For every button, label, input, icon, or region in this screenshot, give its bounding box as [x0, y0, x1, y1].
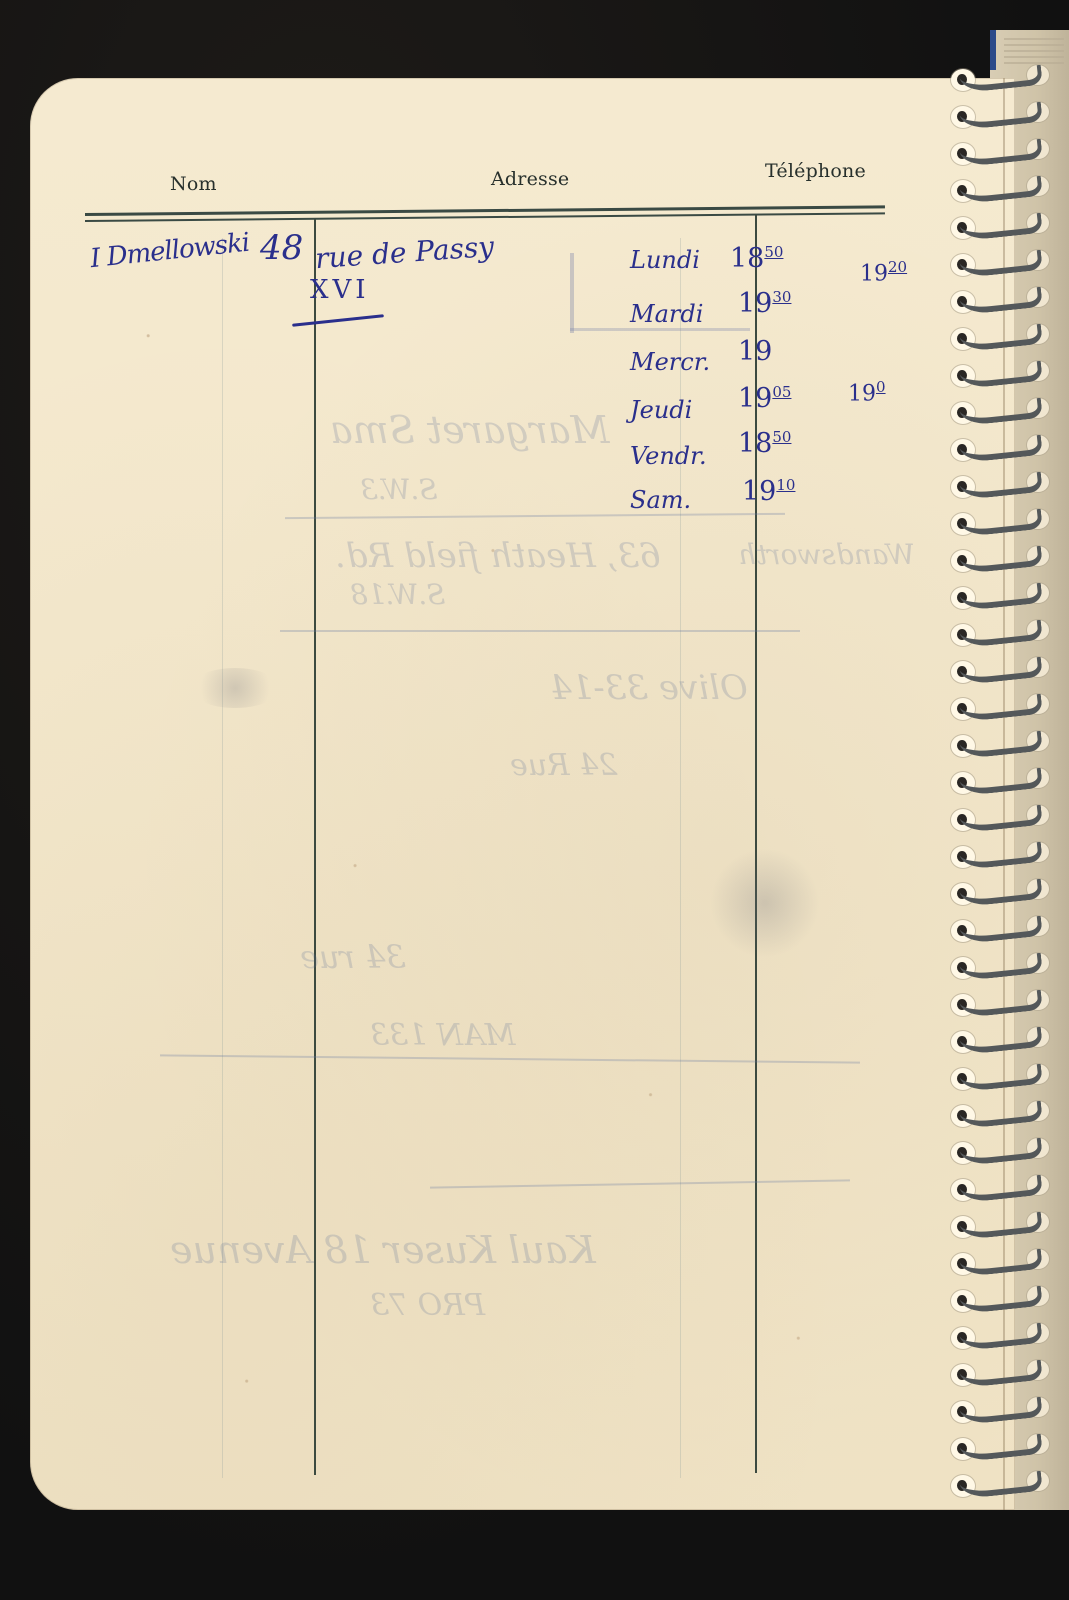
entry-street: rue de Passy	[314, 230, 495, 275]
header-address-label: Adresse	[491, 168, 569, 190]
spiral-ring	[935, 435, 1045, 465]
spiral-ring	[935, 1434, 1045, 1464]
spiral-wire	[959, 1286, 1043, 1314]
header-name-label: Nom	[170, 173, 217, 195]
spiral-wire	[959, 620, 1043, 648]
bleed-text: S.W.18	[350, 578, 446, 611]
spiral-ring	[935, 398, 1045, 428]
pencil-bracket	[570, 328, 750, 331]
schedule-day: Sam.	[630, 486, 691, 514]
spiral-ring	[935, 805, 1045, 835]
alt-time: 1920	[860, 258, 907, 286]
spiral-ring	[935, 1027, 1045, 1057]
bleed-text: 24 Rue	[510, 748, 617, 783]
spiral-wire	[959, 1175, 1043, 1203]
spiral-ring	[935, 213, 1045, 243]
spiral-wire	[959, 546, 1043, 574]
spiral-wire	[959, 805, 1043, 833]
pencil-smudge	[710, 848, 820, 958]
schedule-time: 19	[738, 336, 772, 367]
spiral-wire	[959, 1323, 1043, 1351]
spiral-wire	[959, 1138, 1043, 1166]
entry-name: I Dmellowski	[89, 228, 251, 274]
schedule-time: 1850	[738, 428, 791, 459]
spiral-ring	[935, 287, 1045, 317]
spiral-wire	[959, 324, 1043, 352]
spiral-wire	[959, 472, 1043, 500]
schedule-day: Lundi	[630, 246, 700, 274]
spiral-wire	[959, 1064, 1043, 1092]
notebook-page: Nom Adresse Téléphone Margaret Sma S.W.3…	[30, 78, 1015, 1510]
schedule-day: Vendr.	[630, 442, 707, 470]
arrondissement-underline	[292, 314, 384, 327]
spiral-wire	[959, 1360, 1043, 1388]
spiral-ring	[935, 250, 1045, 280]
spiral-ring	[935, 546, 1045, 576]
spiral-ring	[935, 583, 1045, 613]
spiral-wire	[959, 435, 1043, 463]
spiral-ring	[935, 1286, 1045, 1316]
spiral-wire	[959, 1101, 1043, 1129]
spiral-ring	[935, 176, 1045, 206]
spiral-wire	[959, 139, 1043, 167]
spiral-ring	[935, 1101, 1045, 1131]
bleed-text: S.W.3	[360, 473, 438, 506]
bleed-rule	[280, 630, 800, 632]
spiral-ring	[935, 1064, 1045, 1094]
spiral-ring	[935, 1360, 1045, 1390]
spiral-wire	[959, 65, 1043, 93]
spiral-wire	[959, 731, 1043, 759]
spiral-wire	[959, 583, 1043, 611]
bleed-text: Olive 33-14	[550, 668, 748, 708]
spiral-wire	[959, 1249, 1043, 1277]
spiral-wire	[959, 990, 1043, 1018]
entry-arrondissement: XVI	[310, 275, 370, 305]
spiral-ring	[935, 768, 1045, 798]
spiral-ring	[935, 102, 1045, 132]
bleed-text: 34 rue	[300, 938, 406, 976]
spiral-wire	[959, 768, 1043, 796]
spiral-wire	[959, 953, 1043, 981]
spiral-ring	[935, 1323, 1045, 1353]
spiral-ring	[935, 472, 1045, 502]
spiral-ring	[935, 361, 1045, 391]
spiral-ring	[935, 1175, 1045, 1205]
spiral-ring	[935, 324, 1045, 354]
spiral-ring	[935, 731, 1045, 761]
pencil-smudge	[190, 668, 280, 708]
bleed-text: MAN 133	[370, 1018, 515, 1053]
spiral-binding	[935, 55, 1069, 1515]
spiral-ring	[935, 879, 1045, 909]
spiral-wire	[959, 287, 1043, 315]
spiral-wire	[959, 250, 1043, 278]
schedule-day: Mardi	[630, 300, 703, 328]
schedule-time: 1905	[738, 383, 791, 414]
faint-guide-line	[222, 238, 223, 1478]
spiral-wire	[959, 1212, 1043, 1240]
schedule-time: 1930	[738, 288, 791, 319]
spiral-ring	[935, 1397, 1045, 1427]
spiral-ring	[935, 65, 1045, 95]
spiral-ring	[935, 990, 1045, 1020]
schedule-day: Mercr.	[630, 348, 710, 376]
bleed-text: Margaret Sma	[330, 408, 609, 452]
spiral-wire	[959, 916, 1043, 944]
spiral-ring	[935, 1212, 1045, 1242]
spiral-wire	[959, 102, 1043, 130]
spiral-wire	[959, 879, 1043, 907]
spiral-wire	[959, 1434, 1043, 1462]
spiral-ring	[935, 657, 1045, 687]
schedule-day: Jeudi	[630, 396, 692, 424]
header-phone-label: Téléphone	[765, 160, 866, 182]
bleed-rule	[285, 513, 785, 519]
bleed-rule	[430, 1179, 850, 1188]
spiral-ring	[935, 1249, 1045, 1279]
entry-house-number: 48	[260, 228, 303, 268]
spiral-ring	[935, 1471, 1045, 1501]
spiral-wire	[959, 694, 1043, 722]
spiral-wire	[959, 1027, 1043, 1055]
spiral-wire	[959, 509, 1043, 537]
spiral-wire	[959, 213, 1043, 241]
schedule-time: 1850	[730, 243, 783, 274]
spiral-ring	[935, 509, 1045, 539]
faint-guide-line	[680, 238, 681, 1478]
bleed-text: PRO 73	[370, 1288, 485, 1323]
spiral-wire	[959, 361, 1043, 389]
spiral-ring	[935, 139, 1045, 169]
bleed-text: Wandsworth	[738, 538, 915, 571]
bleed-text: 63, Heath field Rd.	[335, 536, 661, 576]
bleed-text: Kaul Kuser 18 Avenue	[170, 1228, 596, 1272]
spiral-ring	[935, 953, 1045, 983]
spiral-ring	[935, 620, 1045, 650]
spiral-wire	[959, 842, 1043, 870]
column-divider-name-address	[314, 219, 316, 1475]
spiral-wire	[959, 176, 1043, 204]
spiral-ring	[935, 1138, 1045, 1168]
spiral-ring	[935, 694, 1045, 724]
spiral-wire	[959, 1397, 1043, 1425]
pencil-bracket	[570, 253, 574, 333]
spiral-wire	[959, 1471, 1043, 1499]
spiral-wire	[959, 657, 1043, 685]
schedule-time: 1910	[742, 476, 795, 507]
spiral-wire	[959, 398, 1043, 426]
spiral-ring	[935, 916, 1045, 946]
spiral-ring	[935, 842, 1045, 872]
alt-time: 190	[848, 378, 886, 406]
